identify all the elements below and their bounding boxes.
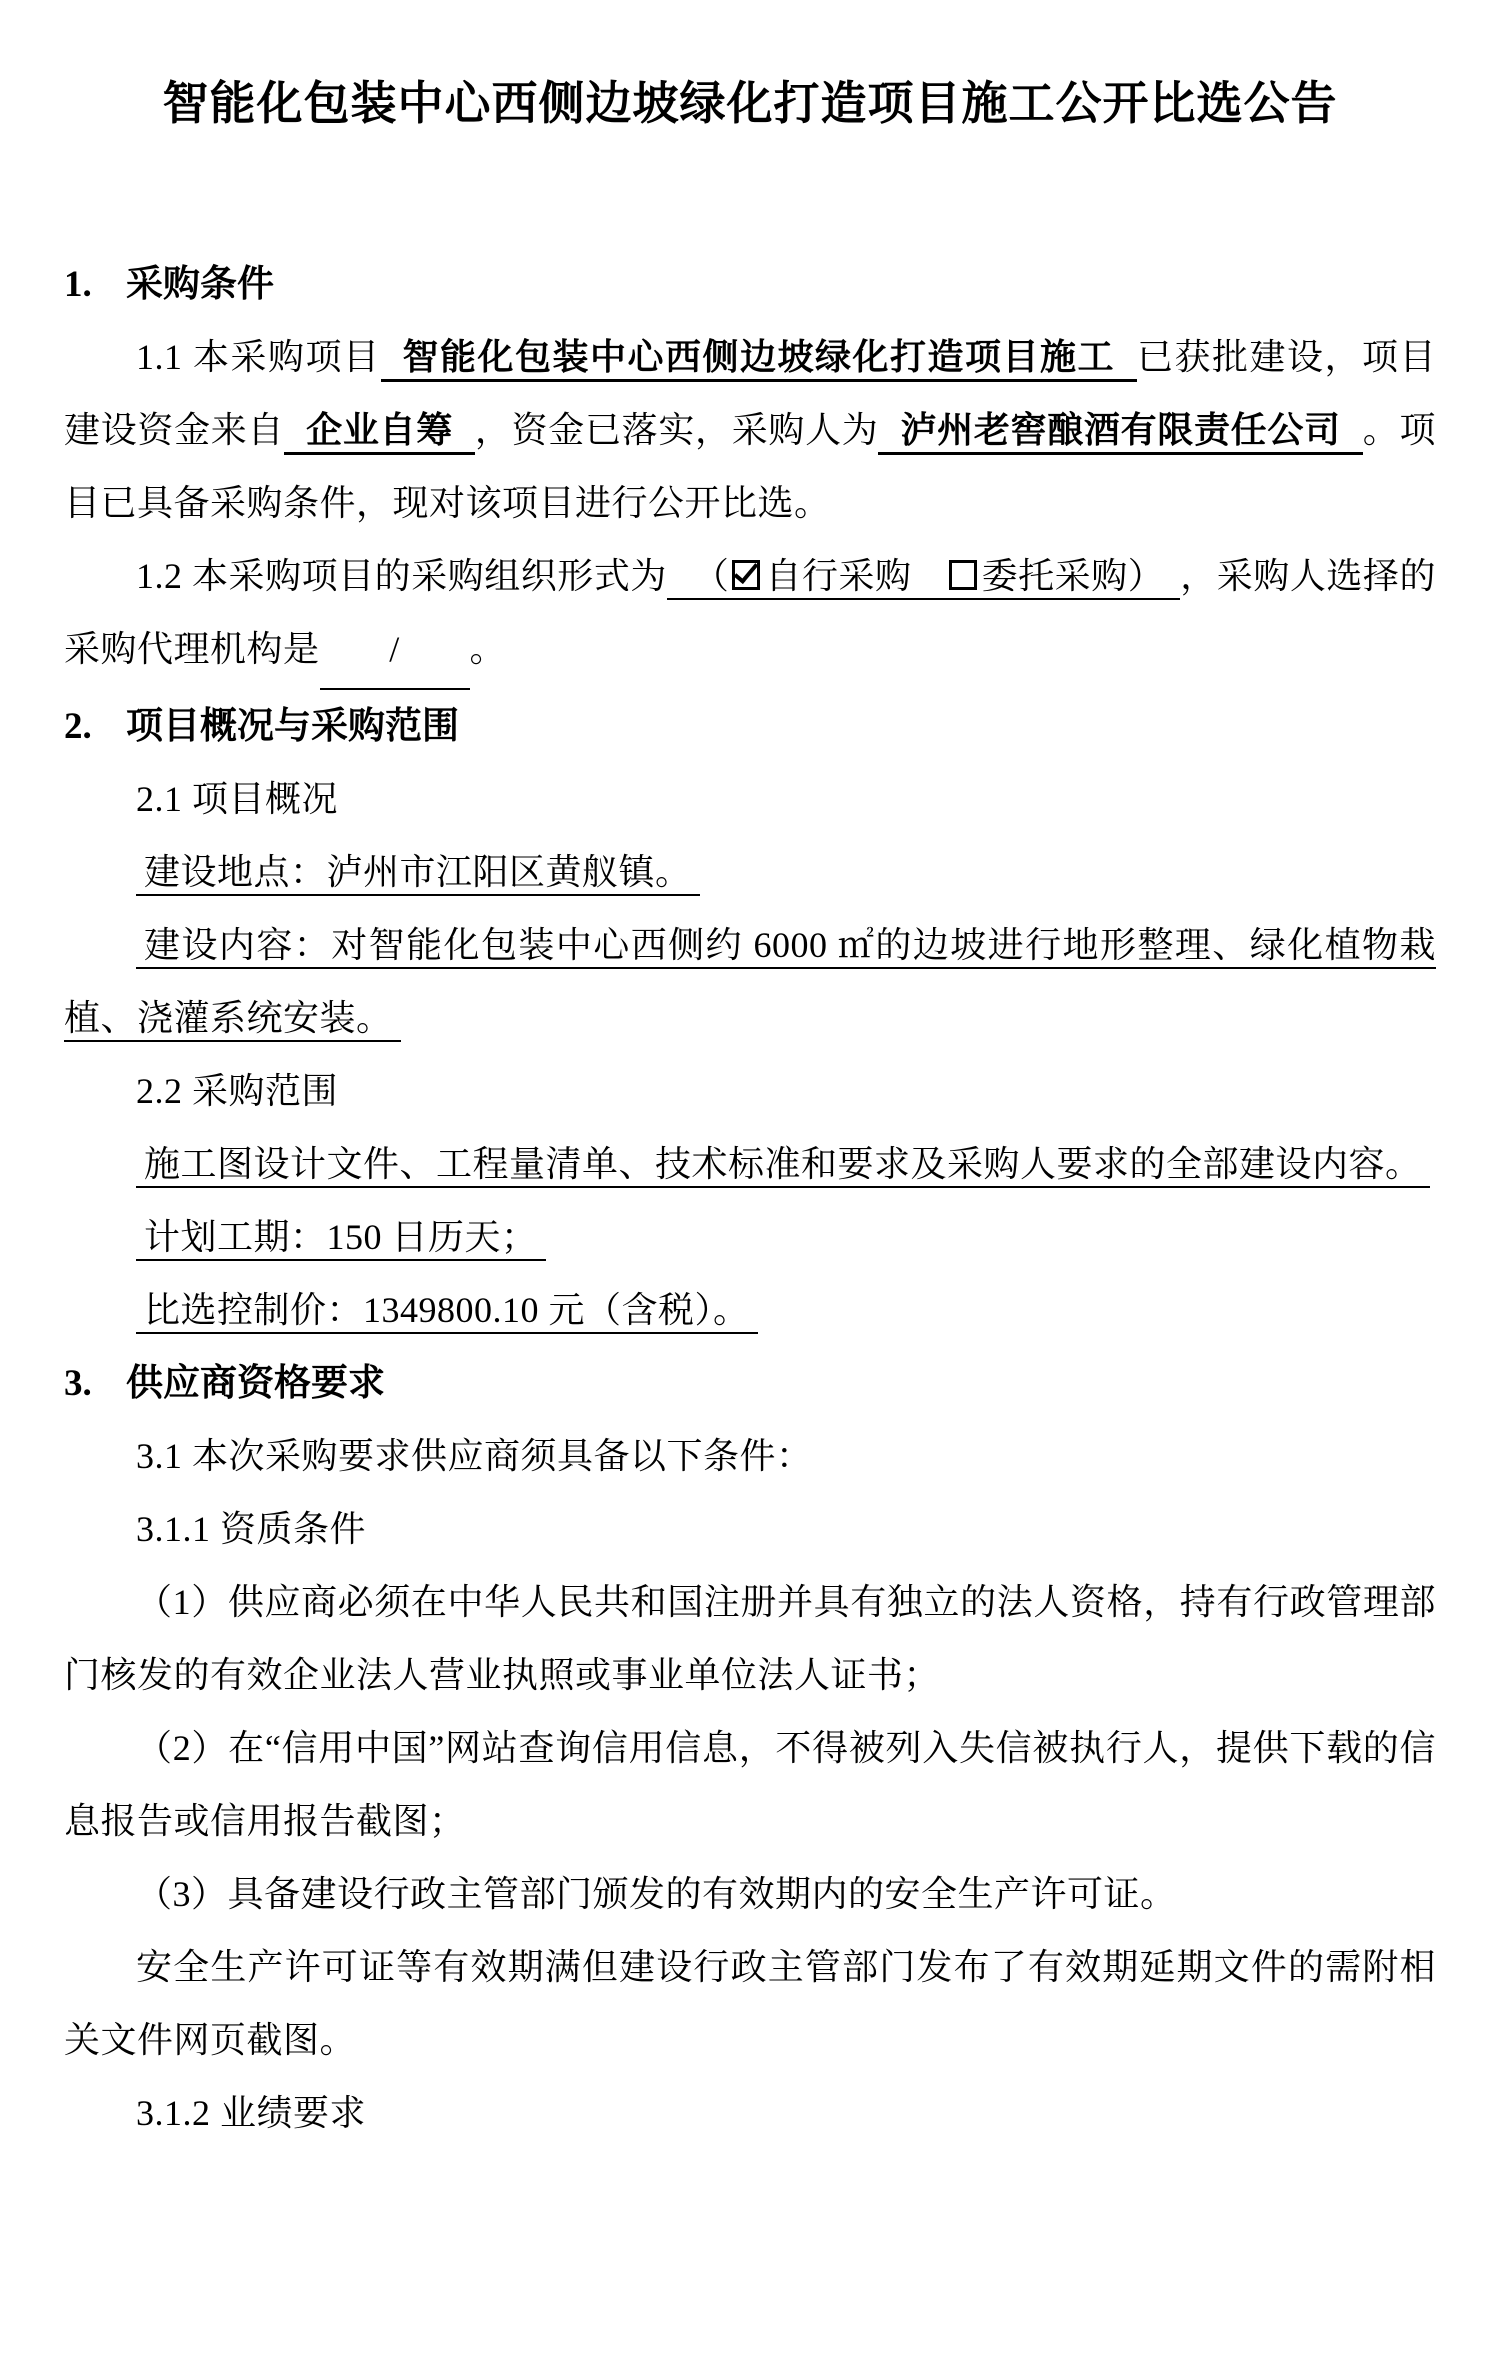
- section-2-number: 2.: [64, 690, 126, 763]
- section-1-heading: 1.采购条件: [64, 248, 1436, 321]
- document-page: 智能化包装中心西侧边坡绿化打造项目施工公开比选公告 1.采购条件 1.1 本采购…: [0, 0, 1500, 2366]
- purchaser-blank: 泸州老窖酿酒有限责任公司: [878, 410, 1362, 455]
- construction-content-text: 建设内容：对智能化包装中心西侧约 6000 ㎡的边坡进行地形整理、绿化植物栽植、…: [64, 925, 1436, 1042]
- qualification-item-2: （2）在“信用中国”网站查询信用信息，不得被列入失信被执行人，提供下载的信息报告…: [64, 1712, 1436, 1858]
- checked-checkbox-icon: [732, 560, 760, 590]
- section-2-title: 项目概况与采购范围: [126, 706, 459, 747]
- planned-duration-text: 计划工期：150 日历天；: [136, 1217, 546, 1261]
- option-self-procurement-label: 自行采购: [765, 556, 911, 596]
- construction-content: 建设内容：对智能化包装中心西侧约 6000 ㎡的边坡进行地形整理、绿化植物栽植、…: [64, 909, 1436, 1055]
- clause-1-2-pre: 1.2 本采购项目的采购组织形式为: [136, 556, 667, 596]
- section-3-number: 3.: [64, 1347, 126, 1420]
- price-cap: 比选控制价：1349800.10 元（含税）。: [64, 1274, 1436, 1347]
- clause-3-1-1-label: 3.1.1 资质条件: [64, 1493, 1436, 1566]
- clause-1-2-post: 。: [470, 629, 507, 669]
- section-1-title: 采购条件: [126, 264, 274, 305]
- section-1-number: 1.: [64, 248, 126, 321]
- license-extension-note: 安全生产许可证等有效期满但建设行政主管部门发布了有效期延期文件的需附相关文件网页…: [64, 1931, 1436, 2077]
- procurement-scope: 施工图设计文件、工程量清单、技术标准和要求及采购人要求的全部建设内容。: [64, 1128, 1436, 1201]
- construction-location-text: 建设地点：泸州市江阳区黄舣镇。: [136, 852, 700, 896]
- option-delegated-procurement-label: 委托采购: [982, 556, 1128, 596]
- qualification-item-3: （3）具备建设行政主管部门颁发的有效期内的安全生产许可证。: [64, 1858, 1436, 1931]
- clause-1-2: 1.2 本采购项目的采购组织形式为（自行采购委托采购），采购人选择的采购代理机构…: [64, 540, 1436, 690]
- agency-blank: /: [320, 613, 470, 690]
- unchecked-checkbox-icon: [949, 560, 977, 590]
- org-form-open-paren: （: [693, 556, 730, 596]
- clause-2-2-label: 2.2 采购范围: [64, 1055, 1436, 1128]
- procurement-scope-text: 施工图设计文件、工程量清单、技术标准和要求及采购人要求的全部建设内容。: [136, 1144, 1430, 1188]
- org-form-blank: （自行采购委托采购）: [667, 556, 1180, 600]
- section-3-heading: 3.供应商资格要求: [64, 1347, 1436, 1420]
- clause-3-1-2-label: 3.1.2 业绩要求: [64, 2077, 1436, 2150]
- price-cap-text: 比选控制价：1349800.10 元（含税）。: [136, 1290, 758, 1334]
- checkmark: [734, 558, 759, 584]
- document-title: 智能化包装中心西侧边坡绿化打造项目施工公开比选公告: [64, 72, 1436, 136]
- construction-location: 建设地点：泸州市江阳区黄舣镇。: [64, 836, 1436, 909]
- clause-3-1: 3.1 本次采购要求供应商须具备以下条件：: [64, 1420, 1436, 1493]
- section-3-title: 供应商资格要求: [126, 1363, 385, 1404]
- section-2-heading: 2.项目概况与采购范围: [64, 690, 1436, 763]
- org-form-close-paren: ）: [1128, 556, 1147, 596]
- project-name-blank: 智能化包装中心西侧边坡绿化打造项目施工: [381, 337, 1137, 382]
- funding-source-blank: 企业自筹: [284, 410, 475, 455]
- clause-1-1-pre: 1.1 本采购项目: [136, 337, 381, 377]
- qualification-item-1: （1）供应商必须在中华人民共和国注册并具有独立的法人资格，持有行政管理部门核发的…: [64, 1566, 1436, 1712]
- clause-2-1-label: 2.1 项目概况: [64, 763, 1436, 836]
- clause-1-1-mid2: ，资金已落实，采购人为: [475, 410, 879, 450]
- clause-1-1: 1.1 本采购项目智能化包装中心西侧边坡绿化打造项目施工已获批建设，项目建设资金…: [64, 321, 1436, 540]
- planned-duration: 计划工期：150 日历天；: [64, 1201, 1436, 1274]
